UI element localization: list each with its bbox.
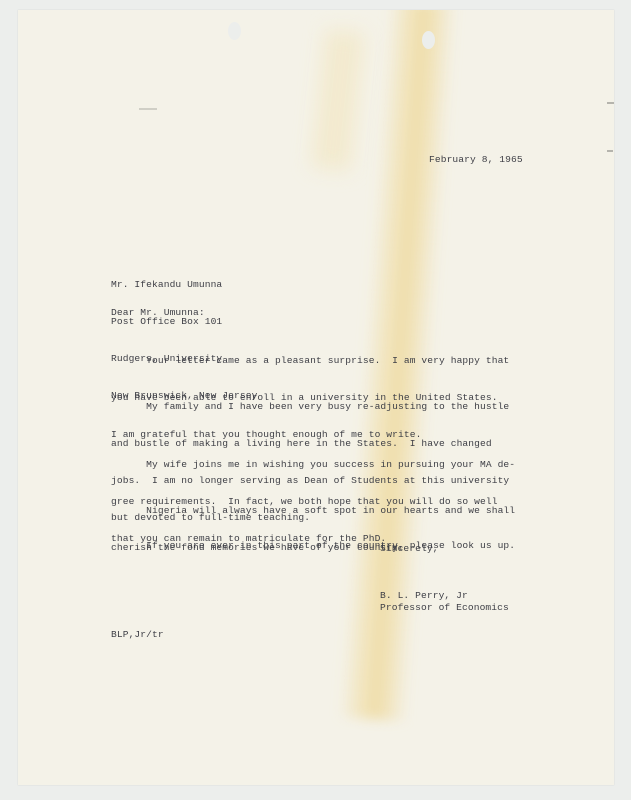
reference-initials: BLP,Jr/tr xyxy=(111,629,164,641)
body-paragraph: If you are ever in this part of the coun… xyxy=(111,515,515,577)
water-stain-top xyxy=(311,28,365,171)
paragraph-line: My wife joins me in wishing you success … xyxy=(111,459,515,471)
paragraph-line: My family and I have been very busy re-a… xyxy=(111,401,509,413)
signatory-name: B. L. Perry, Jr xyxy=(380,590,468,602)
margin-mark xyxy=(607,150,613,152)
address-line: Mr. Ifekandu Umunna xyxy=(111,279,257,291)
margin-mark xyxy=(607,102,614,104)
letter-date: February 8, 1965 xyxy=(429,154,523,166)
paragraph-line: Your letter came as a pleasant surprise.… xyxy=(111,355,509,367)
signatory-title: Professor of Economics xyxy=(380,602,509,614)
punch-hole-left xyxy=(228,22,241,40)
salutation: Dear Mr. Umunna: xyxy=(111,307,205,319)
letter-page: February 8, 1965 Mr. Ifekandu Umunna Pos… xyxy=(18,10,614,785)
punch-hole-right xyxy=(422,31,435,49)
closing: Sincerely, xyxy=(380,543,439,555)
margin-mark xyxy=(139,108,157,110)
paragraph-line: If you are ever in this part of the coun… xyxy=(111,540,515,552)
